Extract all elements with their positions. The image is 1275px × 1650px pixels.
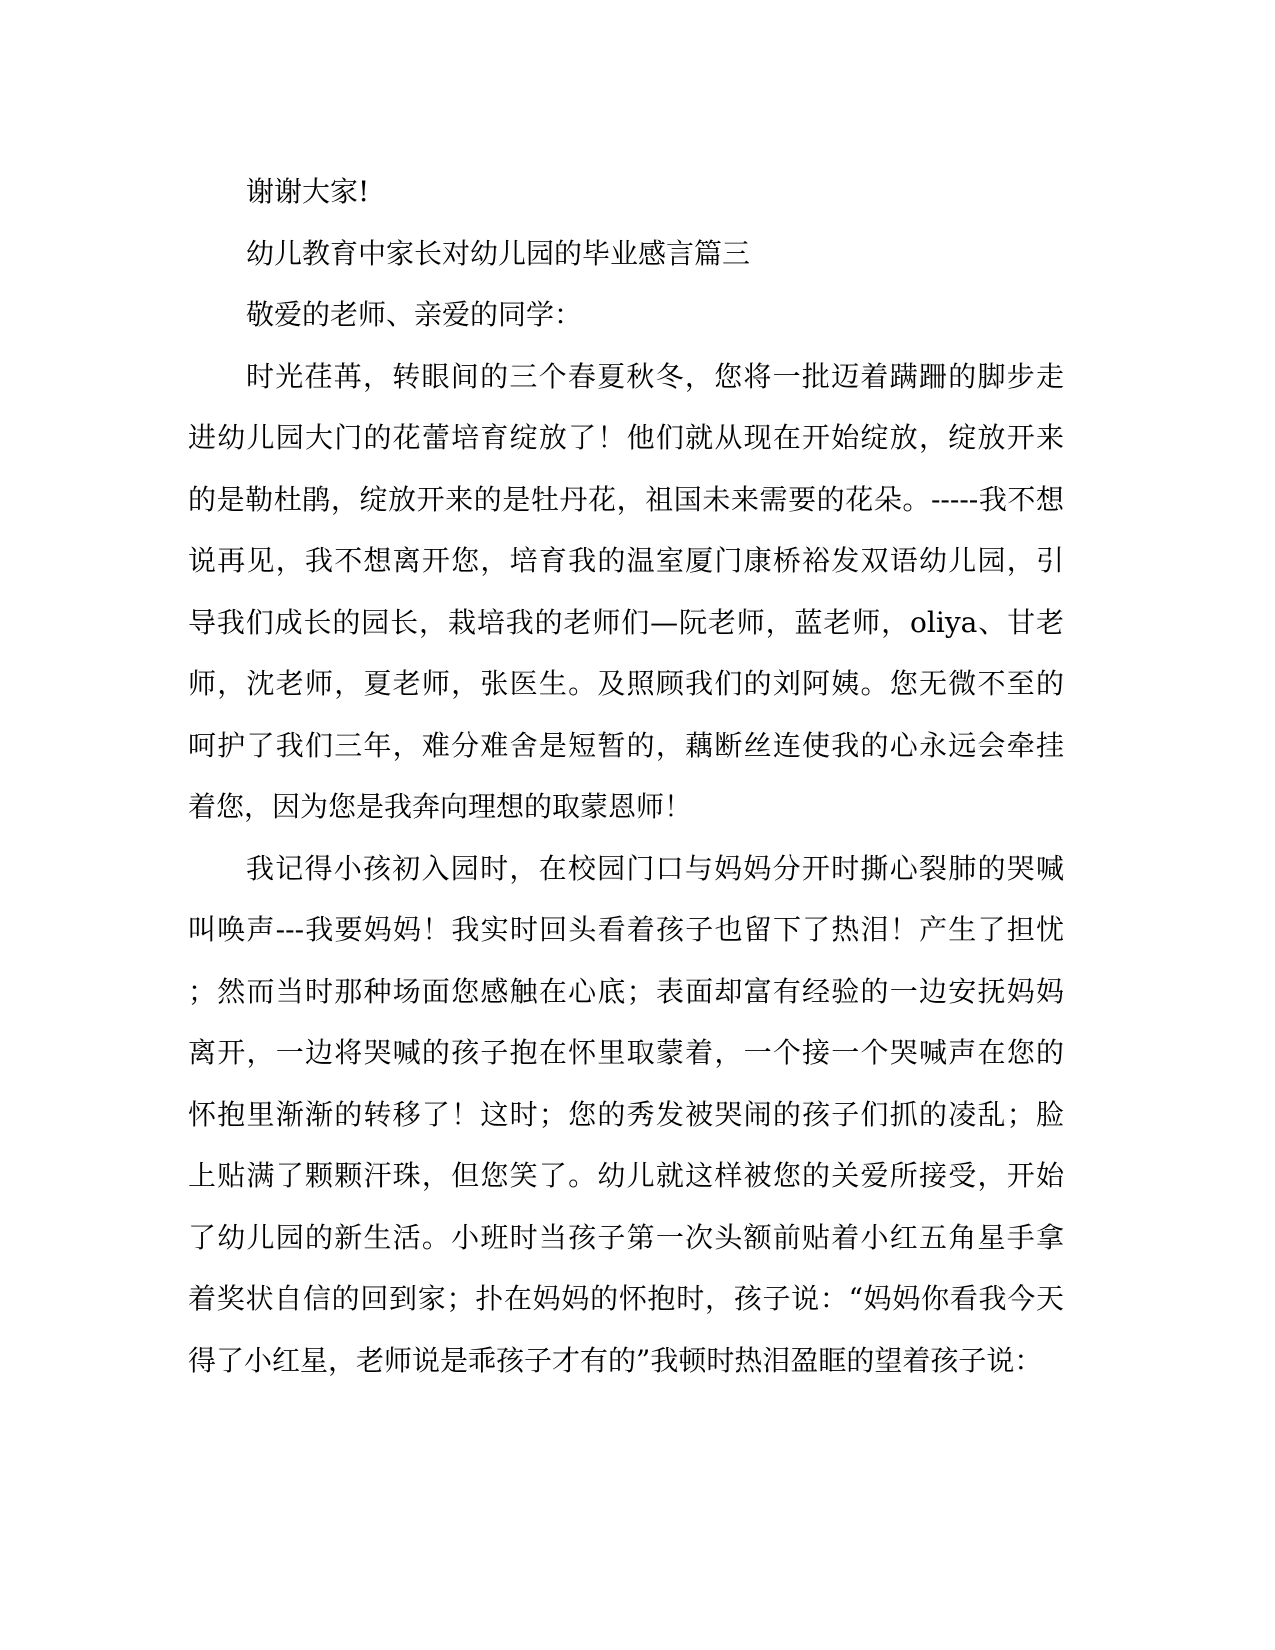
text-line: 进幼儿园大门的花蕾培育绽放了！他们就从现在开始绽放，绽放开来 — [188, 407, 1064, 469]
text-line: 了幼儿园的新生活。小班时当孩子第一次头额前贴着小红五角星手拿 — [188, 1207, 1064, 1269]
text-line: 的是勒杜鹃，绽放开来的是牡丹花，祖国未来需要的花朵。-----我不想 — [188, 469, 1064, 531]
text-line: 时光荏苒，转眼间的三个春夏秋冬，您将一批迈着蹒跚的脚步走 — [188, 346, 1064, 408]
text-line: 敬爱的老师、亲爱的同学： — [188, 284, 1064, 346]
text-line: 着您，因为您是我奔向理想的取蒙恩师！ — [188, 776, 1064, 838]
text-line: 幼儿教育中家长对幼儿园的毕业感言篇三 — [188, 223, 1064, 285]
text-line: 导我们成长的园长，栽培我的老师们—阮老师，蓝老师，oliya、甘老 — [188, 592, 1064, 654]
document-page: 谢谢大家! 幼儿教育中家长对幼儿园的毕业感言篇三 敬爱的老师、亲爱的同学： 时光… — [0, 0, 1275, 1650]
text-line: 上贴满了颗颗汗珠，但您笑了。幼儿就这样被您的关爱所接受，开始 — [188, 1145, 1064, 1207]
text-line: 我记得小孩初入园时，在校园门口与妈妈分开时撕心裂肺的哭喊 — [188, 838, 1064, 900]
text-line: 师，沈老师，夏老师，张医生。及照顾我们的刘阿姨。您无微不至的 — [188, 653, 1064, 715]
text-line: 叫唤声---我要妈妈！我实时回头看着孩子也留下了热泪！产生了担忧 — [188, 899, 1064, 961]
text-line: 说再见，我不想离开您，培育我的温室厦门康桥裕发双语幼儿园，引 — [188, 530, 1064, 592]
text-line: 呵护了我们三年，难分难舍是短暂的，藕断丝连使我的心永远会牵挂 — [188, 715, 1064, 777]
text-line: 得了小红星，老师说是乖孩子才有的”我顿时热泪盈眶的望着孩子说： — [188, 1330, 1064, 1392]
text-line: 离开，一边将哭喊的孩子抱在怀里取蒙着，一个接一个哭喊声在您的 — [188, 1022, 1064, 1084]
text-line: 着奖状自信的回到家；扑在妈妈的怀抱时，孩子说：“妈妈你看我今天 — [188, 1268, 1064, 1330]
text-line: 谢谢大家! — [188, 161, 1064, 223]
text-line: 怀抱里渐渐的转移了！这时；您的秀发被哭闹的孩子们抓的凌乱；脸 — [188, 1084, 1064, 1146]
text-line: ；然而当时那种场面您感触在心底；表面却富有经验的一边安抚妈妈 — [188, 961, 1064, 1023]
document-body: 谢谢大家! 幼儿教育中家长对幼儿园的毕业感言篇三 敬爱的老师、亲爱的同学： 时光… — [188, 161, 1064, 1391]
